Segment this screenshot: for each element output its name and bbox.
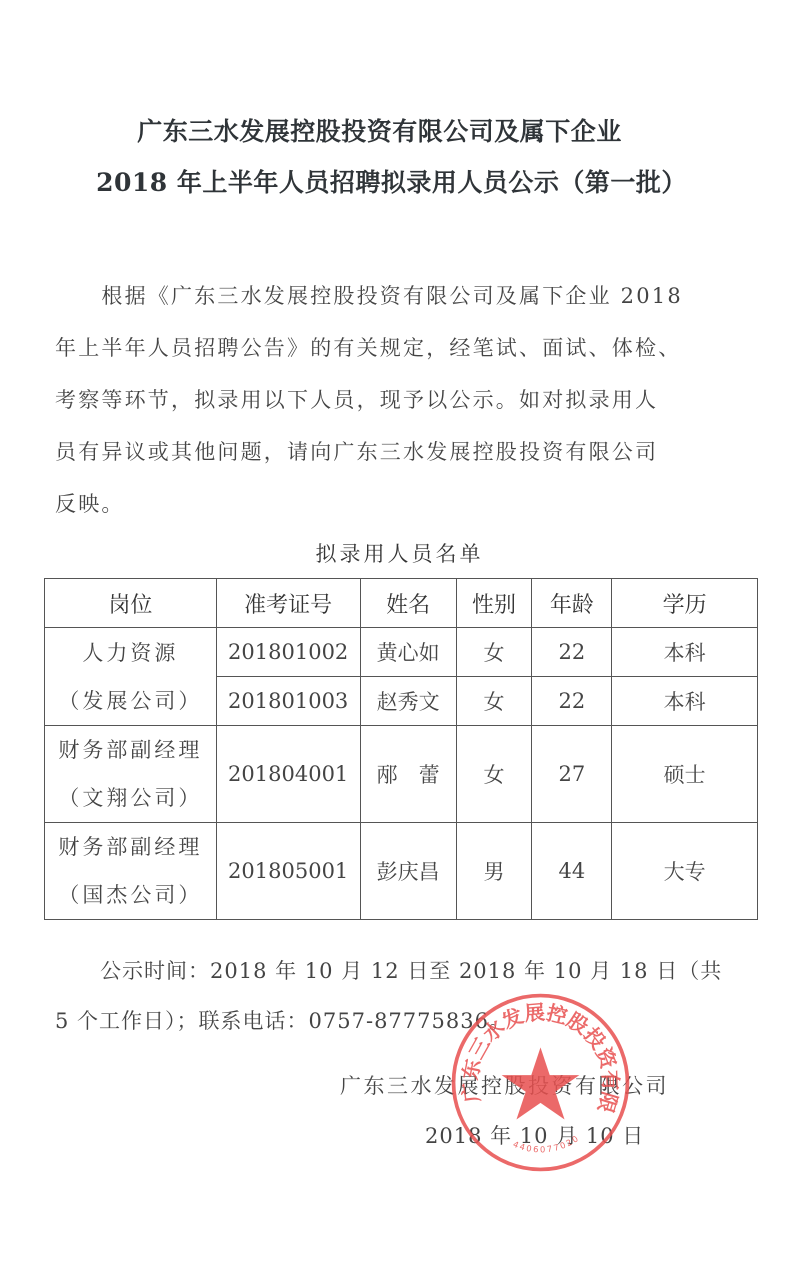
- table-row: 财务部副经理 （文翔公司） 201804001 邴 蕾 女 27 硕士: [45, 726, 758, 823]
- exam-id-cell: 201805001: [216, 823, 360, 920]
- paragraph-line: 年上半年人员招聘公告》的有关规定，经笔试、面试、体检、: [55, 322, 695, 374]
- title-line-1: 广东三水发展控股投资有限公司及属下企业: [0, 112, 779, 148]
- paragraph-line: 根据《广东三水发展控股投资有限公司及属下企业 2018: [55, 270, 695, 322]
- education-cell: 硕士: [612, 726, 758, 823]
- education-cell: 大专: [612, 823, 758, 920]
- table-row: 财务部副经理 （国杰公司） 201805001 彭庆昌 男 44 大专: [45, 823, 758, 920]
- position-cell: 人力资源 （发展公司）: [45, 628, 217, 726]
- education-cell: 本科: [612, 628, 758, 677]
- position-cell: 财务部副经理 （文翔公司）: [45, 726, 217, 823]
- header-position: 岗位: [45, 579, 217, 628]
- table-row: 人力资源 （发展公司） 201801002 黄心如 女 22 本科: [45, 628, 758, 677]
- candidate-table: 岗位 准考证号 姓名 性别 年龄 学历 人力资源 （发展公司） 20180100…: [44, 578, 758, 920]
- gender-cell: 女: [456, 677, 532, 726]
- exam-id-cell: 201801003: [216, 677, 360, 726]
- position-cell: 财务部副经理 （国杰公司）: [45, 823, 217, 920]
- issuing-organization: 广东三水发展控股投资有限公司: [340, 1070, 669, 1100]
- header-gender: 性别: [456, 579, 532, 628]
- paragraph-line: 考察等环节，拟录用以下人员，现予以公示。如对拟录用人: [55, 374, 695, 426]
- header-education: 学历: [612, 579, 758, 628]
- age-cell: 22: [532, 677, 612, 726]
- gender-cell: 男: [456, 823, 532, 920]
- contact-phone: 5 个工作日）；联系电话：0757-87775836。: [55, 1005, 511, 1035]
- age-cell: 44: [532, 823, 612, 920]
- paragraph-line: 反映。: [55, 478, 695, 530]
- table-caption: 拟录用人员名单: [0, 538, 799, 568]
- issue-date: 2018 年 10 月 10 日: [425, 1120, 644, 1150]
- name-cell: 邴 蕾: [360, 726, 456, 823]
- name-cell: 赵秀文: [360, 677, 456, 726]
- gender-cell: 女: [456, 628, 532, 677]
- age-cell: 22: [532, 628, 612, 677]
- header-name: 姓名: [360, 579, 456, 628]
- intro-paragraph: 根据《广东三水发展控股投资有限公司及属下企业 2018 年上半年人员招聘公告》的…: [55, 270, 695, 530]
- header-exam-id: 准考证号: [216, 579, 360, 628]
- table-header-row: 岗位 准考证号 姓名 性别 年龄 学历: [45, 579, 758, 628]
- paragraph-line: 员有异议或其他问题，请向广东三水发展控股投资有限公司: [55, 426, 695, 478]
- header-age: 年龄: [532, 579, 612, 628]
- gender-cell: 女: [456, 726, 532, 823]
- name-cell: 彭庆昌: [360, 823, 456, 920]
- name-cell: 黄心如: [360, 628, 456, 677]
- notice-period: 公示时间：2018 年 10 月 12 日至 2018 年 10 月 18 日（…: [100, 955, 722, 985]
- exam-id-cell: 201804001: [216, 726, 360, 823]
- exam-id-cell: 201801002: [216, 628, 360, 677]
- education-cell: 本科: [612, 677, 758, 726]
- title-line-2: 2018 年上半年人员招聘拟录用人员公示（第一批）: [0, 163, 791, 199]
- age-cell: 27: [532, 726, 612, 823]
